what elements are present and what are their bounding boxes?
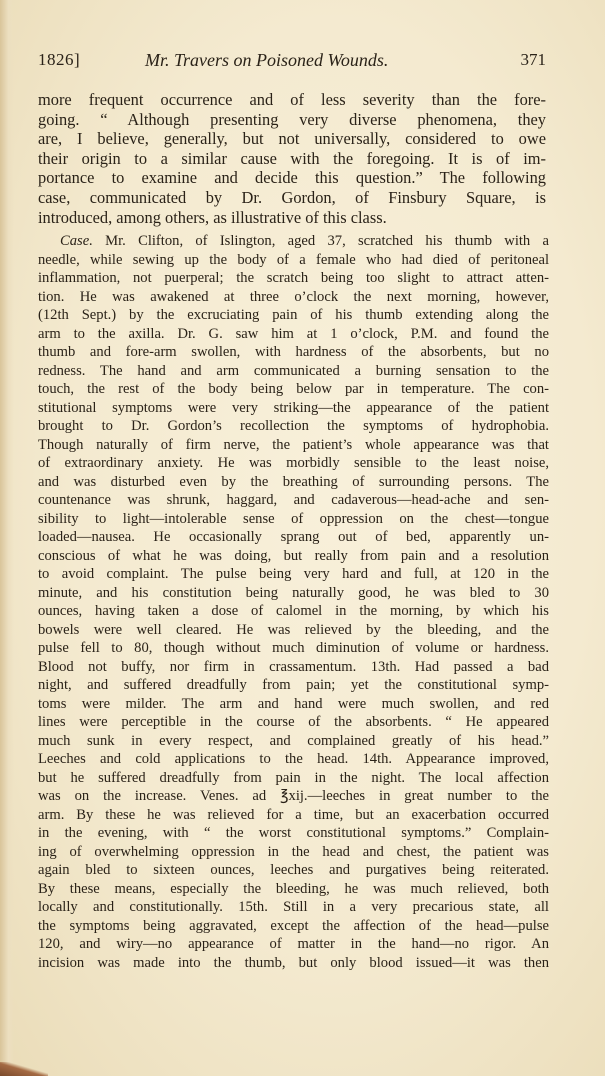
- text-line: By these means, especially the bleeding,…: [38, 880, 549, 899]
- text-line: tion. He was awakened at three o’clock t…: [38, 288, 549, 307]
- text-line: Blood not buffy, nor firm in crassamentu…: [38, 658, 549, 677]
- text-line: 120, and wiry—no appearance of matter in…: [38, 935, 549, 954]
- text-line: again bled to sixteen ounces, leeches an…: [38, 861, 549, 880]
- text-line: arm. By these he was relieved for a time…: [38, 806, 549, 825]
- case-first-line: Case. Mr. Clifton, of Islington, aged 37…: [38, 232, 549, 251]
- text-line: case, communicated by Dr. Gordon, of Fin…: [38, 188, 546, 208]
- text-line: minute, and his constitution being natur…: [38, 584, 549, 603]
- text-line: their origin to a similar cause with the…: [38, 149, 546, 169]
- text-line: stitutional symptoms were very striking—…: [38, 399, 549, 418]
- text-line: bowels were well cleared. He was relieve…: [38, 621, 549, 640]
- text-line: more frequent occurrence and of less sev…: [38, 90, 546, 110]
- case-label: Case.: [60, 233, 93, 249]
- scanned-page: 1826] Mr. Travers on Poisoned Wounds. 37…: [0, 0, 605, 1076]
- text-line: are, I believe, generally, but not unive…: [38, 129, 546, 149]
- text-line: redness. The hand and arm communicated a…: [38, 362, 549, 381]
- text-line: countenance was shrunk, haggard, and cad…: [38, 491, 549, 510]
- text-line: the symptoms being aggravated, except th…: [38, 917, 549, 936]
- text-line: (12th Sept.) by the excruciating pain of…: [38, 306, 549, 325]
- intro-paragraph: more frequent occurrence and of less sev…: [38, 90, 546, 227]
- text-line: incision was made into the thumb, but on…: [38, 954, 549, 973]
- text-line: and was disturbed even by the breathing …: [38, 473, 549, 492]
- text-line: in the evening, with “ the worst constit…: [38, 824, 549, 843]
- text-line: conscious of what he was doing, but real…: [38, 547, 549, 566]
- text-line: ing of overwhelming oppression in the he…: [38, 843, 549, 862]
- text-line: thumb and fore-arm swollen, with hardnes…: [38, 343, 549, 362]
- text-line: going. “ Although presenting very divers…: [38, 110, 546, 130]
- text-line: Leeches and cold applications to the hea…: [38, 750, 549, 769]
- running-header: 1826] Mr. Travers on Poisoned Wounds. 37…: [38, 50, 546, 74]
- text-line: brought to Dr. Gordon’s recollection the…: [38, 417, 549, 436]
- text-line: touch, the rest of the body being below …: [38, 380, 549, 399]
- text-line: much sunk in every respect, and complain…: [38, 732, 549, 751]
- text-line: toms were milder. The arm and hand were …: [38, 695, 549, 714]
- page-gutter-shadow: [0, 0, 14, 1076]
- text-line: but he suffered dreadfully from pain in …: [38, 769, 549, 788]
- text-line: loaded—nausea. He occasionally sprang ou…: [38, 528, 549, 547]
- header-year: 1826]: [38, 50, 80, 70]
- page-corner-curl: [0, 1062, 48, 1076]
- case-report: Case. Mr. Clifton, of Islington, aged 37…: [38, 232, 549, 972]
- text-line: inflammation, not puerperal; the scratch…: [38, 269, 549, 288]
- text-line: pulse fell to 80, though without much di…: [38, 639, 549, 658]
- case-first-line-text: Mr. Clifton, of Islington, aged 37, scra…: [93, 233, 549, 249]
- text-line: Though naturally of firm nerve, the pati…: [38, 436, 549, 455]
- text-line: to avoid complaint. The pulse being very…: [38, 565, 549, 584]
- text-line: was on the increase. Venes. ad ℥xij.—lee…: [38, 787, 549, 806]
- text-line: needle, while sewing up the body of a fe…: [38, 251, 549, 270]
- header-title: Mr. Travers on Poisoned Wounds.: [145, 50, 388, 71]
- text-line: locally and constitutionally. 15th. Stil…: [38, 898, 549, 917]
- text-line: night, and suffered dreadfully from pain…: [38, 676, 549, 695]
- text-line: introduced, among others, as illustrativ…: [38, 208, 546, 228]
- page-number: 371: [521, 50, 547, 70]
- text-line: sibility to light—intolerable sense of o…: [38, 510, 549, 529]
- text-line: arm to the axilla. Dr. G. saw him at 1 o…: [38, 325, 549, 344]
- text-line: portance to examine and decide this ques…: [38, 168, 546, 188]
- text-line: ounces, having taken a dose of calomel i…: [38, 602, 549, 621]
- text-line: lines were perceptible in the course of …: [38, 713, 549, 732]
- text-line: of extraordinary anxiety. He was morbidl…: [38, 454, 549, 473]
